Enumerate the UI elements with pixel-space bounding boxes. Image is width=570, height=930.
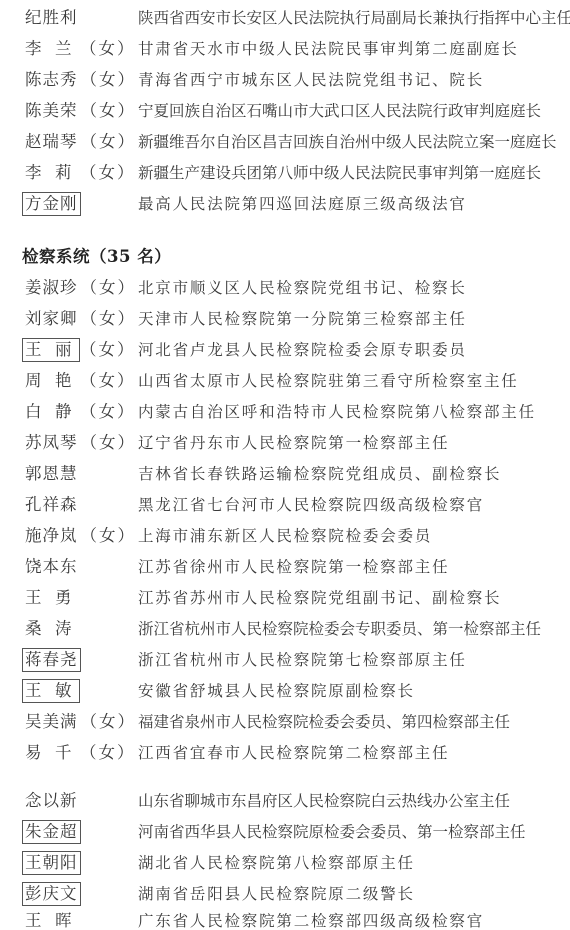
person-name: 陈美荣	[22, 99, 81, 123]
list-item: 姜淑珍（女） 北京市顺义区人民检察院党组书记、检察长	[0, 272, 570, 302]
gender-note: （女）	[80, 400, 136, 424]
person-name: 周 艳	[22, 369, 80, 393]
person-title: 江西省宜春市人民检察院第二检察部主任	[138, 741, 449, 765]
person-title: 广东省人民检察院第二检察部四级高级检察官	[138, 909, 484, 930]
person-name-boxed: 蒋春尧	[22, 648, 81, 672]
person-title: 山西省太原市人民检察院驻第三看守所检察室主任	[138, 369, 519, 393]
list-item: 苏凤琴（女） 辽宁省丹东市人民检察院第一检察部主任	[0, 427, 570, 457]
list-item: 桑 涛 浙江省杭州市人民检察院检委会专职委员、第一检察部主任	[0, 613, 570, 643]
gender-note: （女）	[81, 431, 137, 455]
list-item: 吴美满（女） 福建省泉州市人民检察院检委会委员、第四检察部主任	[0, 706, 570, 736]
person-name: 姜淑珍	[22, 276, 81, 300]
list-item: 郭恩慧 吉林省长春铁路运输检察院党组成员、副检察长	[0, 458, 570, 488]
person-title: 吉林省长春铁路运输检察院党组成员、副检察长	[138, 462, 501, 486]
person-name: 苏凤琴	[22, 431, 81, 455]
list-item: 施净岚（女） 上海市浦东新区人民检察院检委会委员	[0, 520, 570, 550]
person-name: 赵瑞琴	[22, 130, 81, 154]
person-name-boxed: 朱金超	[22, 820, 81, 844]
person-name: 易 千	[22, 741, 80, 765]
person-title: 浙江省杭州市人民检察院检委会专职委员、第一检察部主任	[138, 617, 541, 641]
gender-note: （女）	[80, 161, 136, 185]
person-title: 山东省聊城市东昌府区人民检察院白云热线办公室主任	[138, 789, 510, 813]
list-item: 赵瑞琴（女） 新疆维吾尔自治区昌吉回族自治州中级人民法院立案一庭庭长	[0, 126, 570, 156]
gender-note: （女）	[81, 307, 137, 331]
person-name: 桑 涛	[22, 617, 80, 641]
person-title: 甘肃省天水市中级人民法院民事审判第二庭副庭长	[138, 37, 519, 61]
person-name: 李 兰	[22, 37, 80, 61]
list-item: 蒋春尧 浙江省杭州市人民检察院第七检察部原主任	[0, 644, 570, 674]
person-title: 新疆维吾尔自治区昌吉回族自治州中级人民法院立案一庭庭长	[138, 130, 557, 154]
person-name: 施净岚	[22, 524, 81, 548]
person-name: 饶本东	[22, 555, 81, 579]
list-item: 孔祥森 黑龙江省七台河市人民检察院四级高级检察官	[0, 489, 570, 519]
person-name-boxed: 方金刚	[22, 192, 81, 216]
gender-note: （女）	[81, 130, 137, 154]
person-title: 江苏省徐州市人民检察院第一检察部主任	[138, 555, 449, 579]
person-name: 陈志秀	[22, 68, 81, 92]
list-item: 白 静（女） 内蒙古自治区呼和浩特市人民检察院第八检察部主任	[0, 396, 570, 426]
person-title: 宁夏回族自治区石嘴山市大武口区人民法院行政审判庭庭长	[138, 99, 541, 123]
person-title: 湖南省岳阳县人民检察院原二级警长	[138, 882, 415, 906]
person-name: 王 晖	[22, 909, 80, 930]
person-title: 河北省卢龙县人民检察院检委会原专职委员	[138, 338, 467, 362]
person-name-boxed: 王 敏	[22, 679, 80, 703]
person-name-boxed: 彭庆文	[22, 882, 81, 906]
person-name: 孔祥森	[22, 493, 81, 517]
list-item: 周 艳（女） 山西省太原市人民检察院驻第三看守所检察室主任	[0, 365, 570, 395]
person-title: 青海省西宁市城东区人民法院党组书记、院长	[138, 68, 484, 92]
person-name: 白 静	[22, 400, 80, 424]
person-name: 念以新	[22, 789, 81, 813]
person-title: 江苏省苏州市人民检察院党组副书记、副检察长	[138, 586, 501, 610]
person-name-boxed: 王 丽	[22, 338, 80, 362]
person-name: 王 勇	[22, 586, 80, 610]
person-title: 福建省泉州市人民检察院检委会委员、第四检察部主任	[138, 710, 510, 734]
person-title: 辽宁省丹东市人民检察院第一检察部主任	[138, 431, 449, 455]
person-title: 浙江省杭州市人民检察院第七检察部原主任	[138, 648, 467, 672]
list-item: 易 千（女） 江西省宜春市人民检察院第二检察部主任	[0, 737, 570, 767]
list-item: 王 晖 广东省人民检察院第二检察部四级高级检察官	[0, 905, 570, 930]
person-title: 天津市人民检察院第一分院第三检察部主任	[138, 307, 467, 331]
section-heading: 检察系统（35 名）	[22, 245, 171, 269]
list-item: 纪胜利 陕西省西安市长安区人民法院执行局副局长兼执行指挥中心主任	[0, 2, 570, 32]
list-item: 彭庆文 湖南省岳阳县人民检察院原二级警长	[0, 878, 570, 908]
person-title: 内蒙古自治区呼和浩特市人民检察院第八检察部主任	[138, 400, 536, 424]
gender-note: （女）	[81, 68, 137, 92]
person-title: 安徽省舒城县人民检察院原副检察长	[138, 679, 415, 703]
list-item: 王朝阳 湖北省人民检察院第八检察部原主任	[0, 847, 570, 877]
person-name: 纪胜利	[22, 6, 81, 30]
list-item: 陈志秀（女） 青海省西宁市城东区人民法院党组书记、院长	[0, 64, 570, 94]
list-item: 念以新 山东省聊城市东昌府区人民检察院白云热线办公室主任	[0, 785, 570, 815]
person-title: 上海市浦东新区人民检察院检委会委员	[138, 524, 432, 548]
list-item: 陈美荣（女） 宁夏回族自治区石嘴山市大武口区人民法院行政审判庭庭长	[0, 95, 570, 125]
gender-note: （女）	[81, 276, 137, 300]
person-name: 李 莉	[22, 161, 80, 185]
list-item: 李 兰（女） 甘肃省天水市中级人民法院民事审判第二庭副庭长	[0, 33, 570, 63]
person-name: 吴美满	[22, 710, 81, 734]
gender-note: （女）	[80, 369, 136, 393]
person-name: 郭恩慧	[22, 462, 81, 486]
person-title: 北京市顺义区人民检察院党组书记、检察长	[138, 276, 467, 300]
list-item: 王 丽（女） 河北省卢龙县人民检察院检委会原专职委员	[0, 334, 570, 364]
gender-note: （女）	[81, 99, 137, 123]
list-item: 饶本东 江苏省徐州市人民检察院第一检察部主任	[0, 551, 570, 581]
person-title: 黑龙江省七台河市人民检察院四级高级检察官	[138, 493, 484, 517]
gender-note: （女）	[80, 338, 136, 362]
list-item: 王 敏 安徽省舒城县人民检察院原副检察长	[0, 675, 570, 705]
person-title: 新疆生产建设兵团第八师中级人民法院民事审判第一庭庭长	[138, 161, 541, 185]
list-item: 王 勇 江苏省苏州市人民检察院党组副书记、副检察长	[0, 582, 570, 612]
list-item: 刘家卿（女） 天津市人民检察院第一分院第三检察部主任	[0, 303, 570, 333]
person-title: 湖北省人民检察院第八检察部原主任	[138, 851, 415, 875]
person-name-boxed: 王朝阳	[22, 851, 81, 875]
list-item: 李 莉（女） 新疆生产建设兵团第八师中级人民法院民事审判第一庭庭长	[0, 157, 570, 187]
gender-note: （女）	[81, 710, 137, 734]
list-item: 朱金超 河南省西华县人民检察院原检委会委员、第一检察部主任	[0, 816, 570, 846]
gender-note: （女）	[80, 741, 136, 765]
person-title: 最高人民法院第四巡回法庭原三级高级法官	[138, 192, 467, 216]
person-title: 河南省西华县人民检察院原检委会委员、第一检察部主任	[138, 820, 526, 844]
person-title: 陕西省西安市长安区人民法院执行局副局长兼执行指挥中心主任	[138, 6, 570, 30]
gender-note: （女）	[80, 37, 136, 61]
list-item: 方金刚 最高人民法院第四巡回法庭原三级高级法官	[0, 188, 570, 218]
person-name: 刘家卿	[22, 307, 81, 331]
gender-note: （女）	[81, 524, 137, 548]
